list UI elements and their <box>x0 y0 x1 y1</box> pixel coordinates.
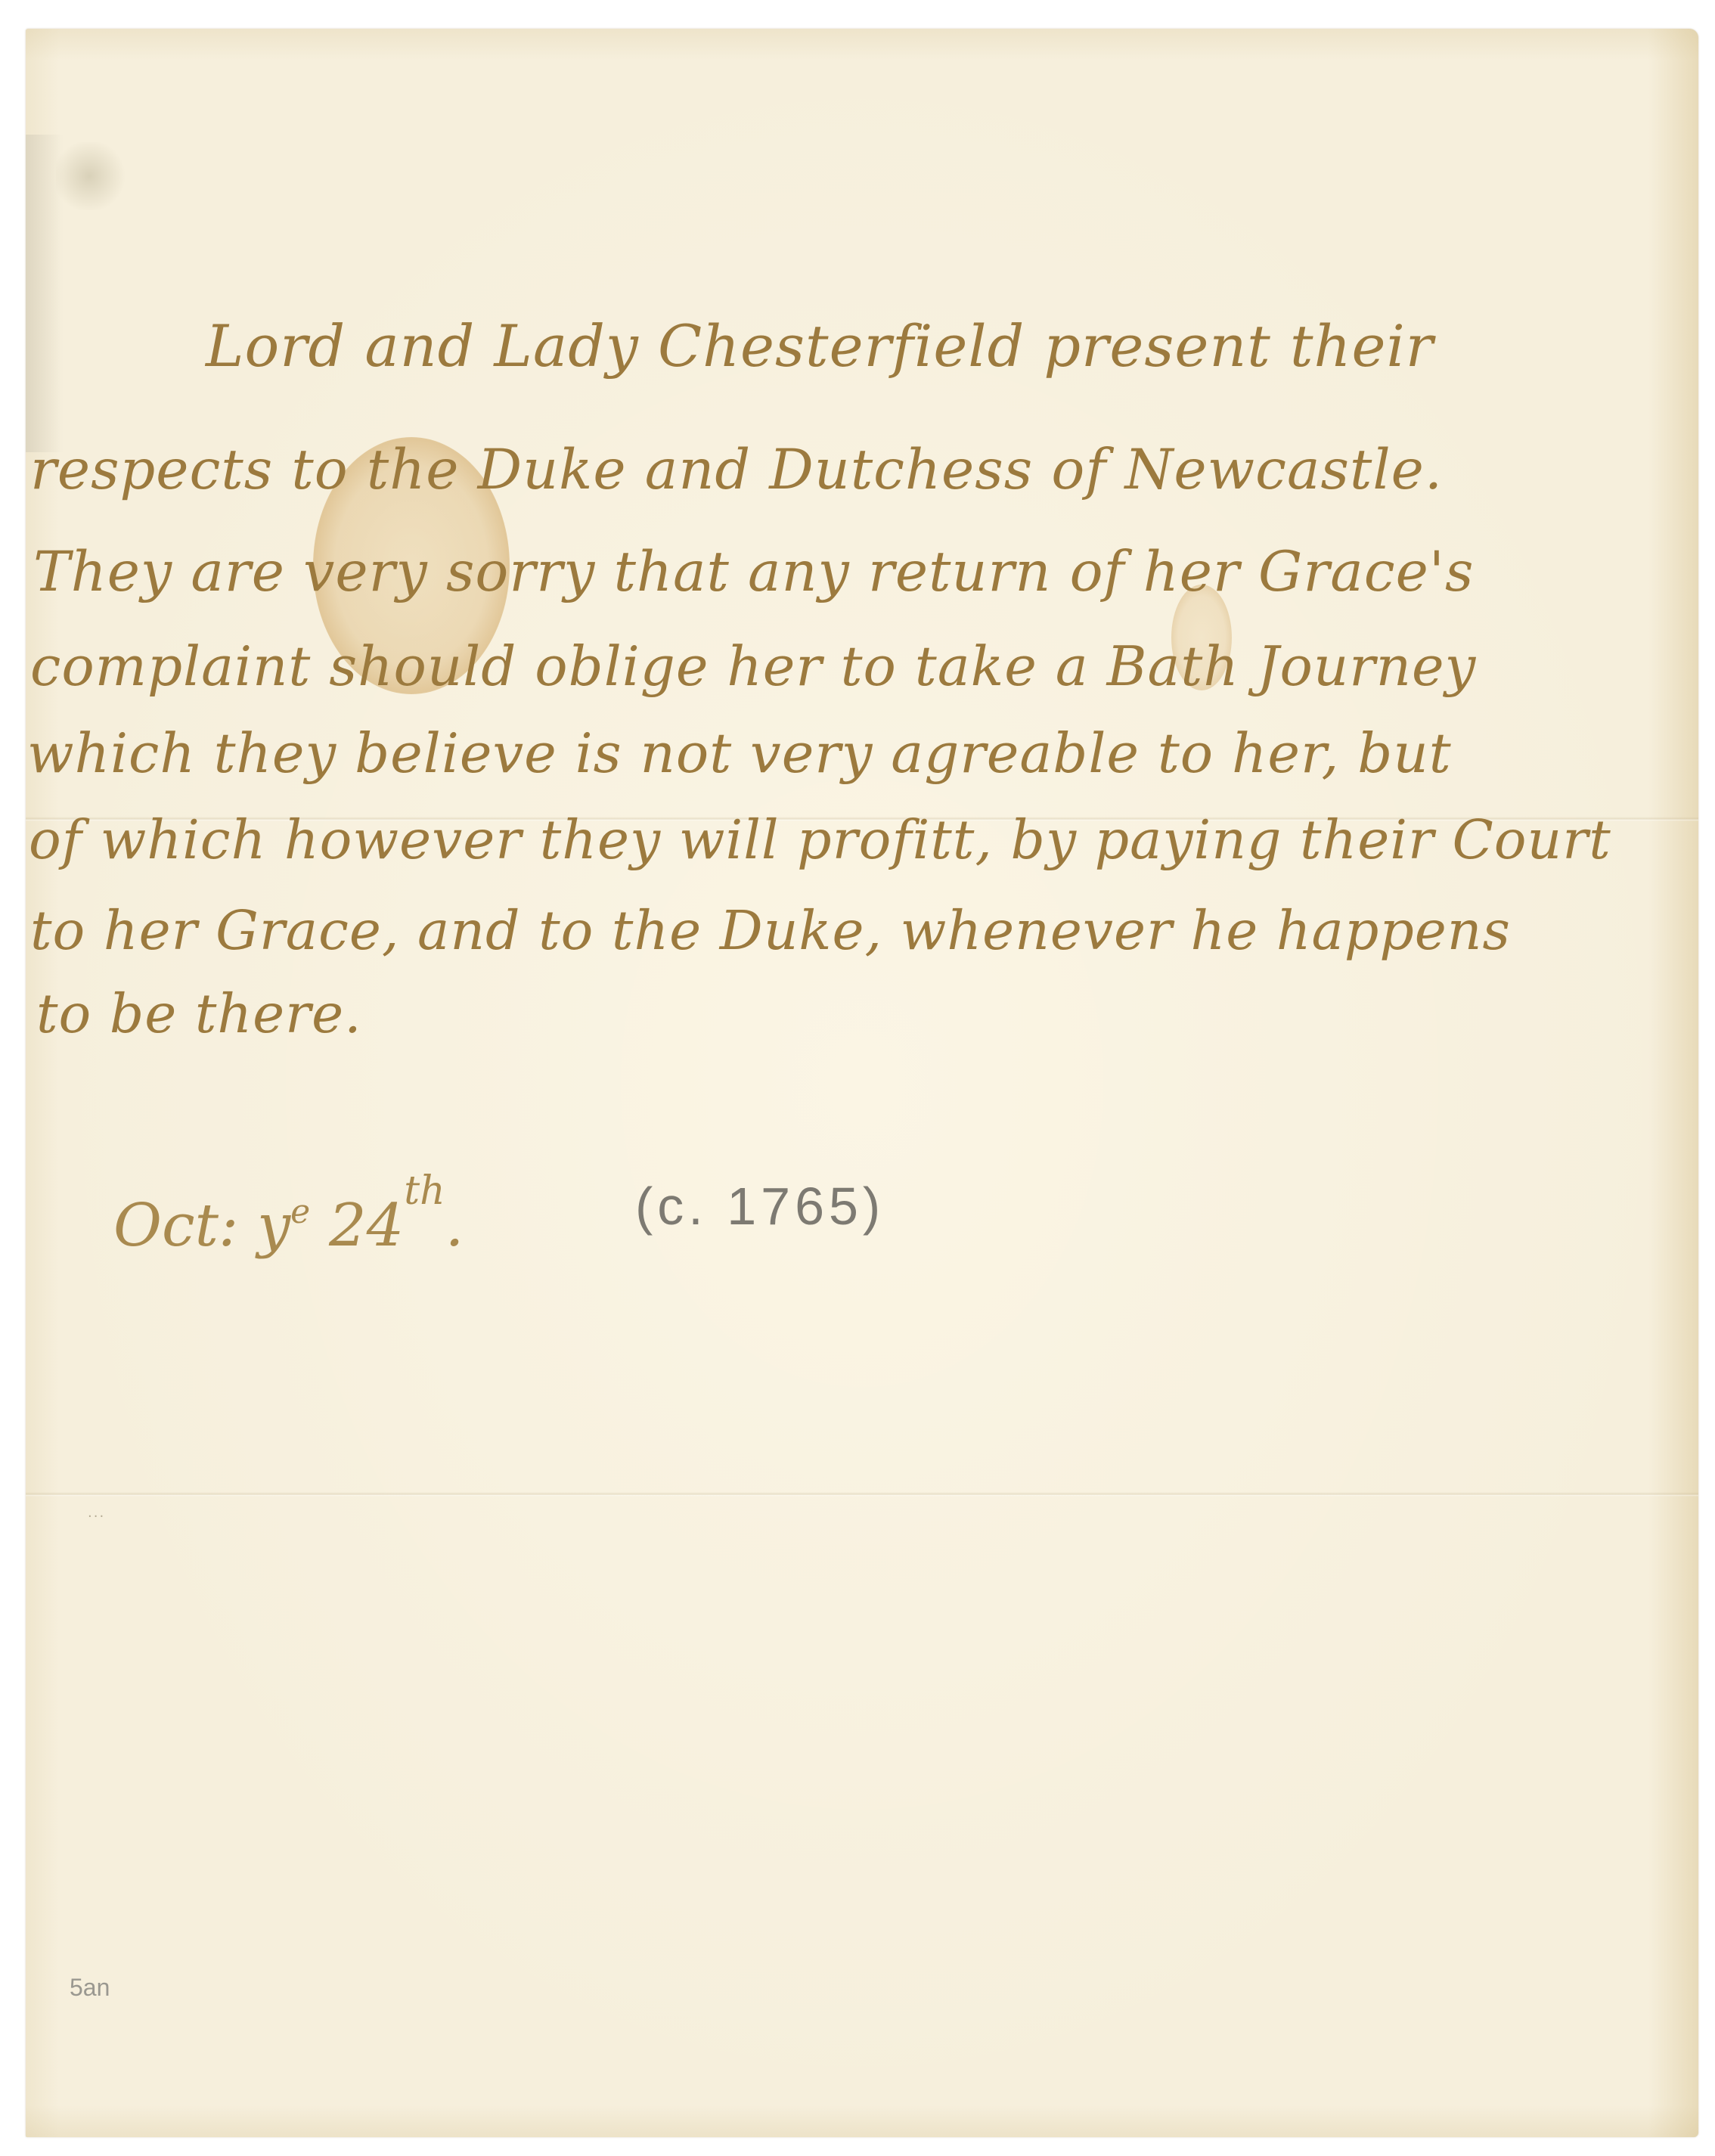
letter-line-7: to her Grace, and to the Duke, whenever … <box>30 904 1511 957</box>
letter-line-1: Lord and Lady Chesterfield present their <box>206 318 1434 375</box>
catalog-pencil-mark: 5an <box>70 1974 110 2002</box>
letter-content: Lord and Lady Chesterfield present their… <box>0 0 1715 2156</box>
date-ye-superscript: e <box>290 1193 310 1231</box>
date-month: Oct: <box>113 1192 238 1260</box>
pencil-date-annotation: (c. 1765) <box>635 1176 885 1236</box>
letter-line-8: to be there. <box>36 987 362 1041</box>
letter-line-3: They are very sorry that any return of h… <box>33 544 1474 600</box>
letter-line-6: of which however they will profitt, by p… <box>29 813 1611 867</box>
letter-line-5: which they believe is not very agreable … <box>27 726 1452 780</box>
letter-line-2: respects to the Duke and Dutchess of New… <box>30 442 1443 498</box>
letter-date: Oct: ye 24th. <box>113 1168 464 1260</box>
letter-line-4: complaint should oblige her to take a Ba… <box>30 639 1476 693</box>
paper-specks: ... <box>88 1505 105 1521</box>
date-day-superscript: th <box>404 1168 445 1214</box>
date-ye: y <box>257 1192 290 1260</box>
date-period: . <box>445 1192 464 1260</box>
date-day: 24 <box>329 1192 404 1260</box>
